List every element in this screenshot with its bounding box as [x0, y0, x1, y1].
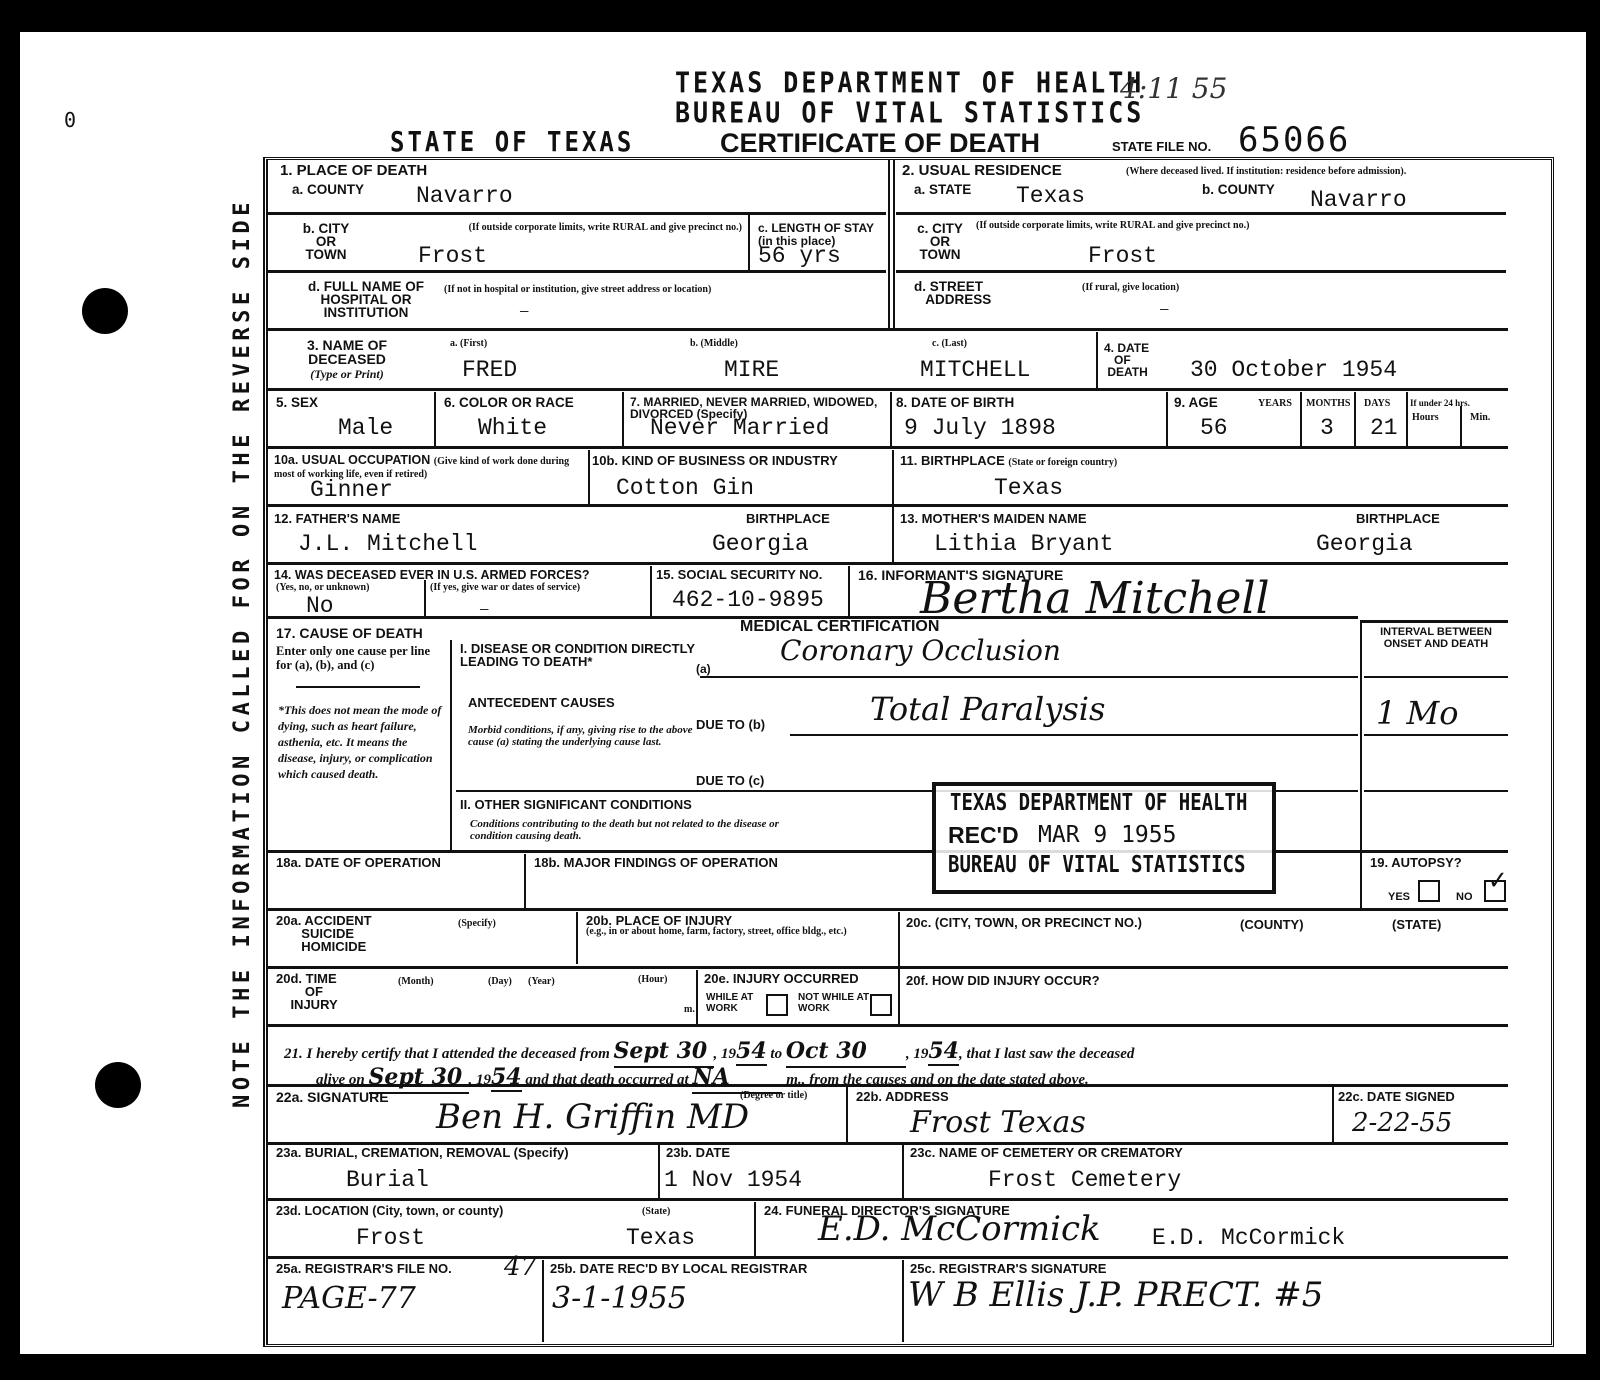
industry[interactable]: Cotton Gin [616, 476, 754, 500]
signature-label: 22a. SIGNATURE [276, 1090, 389, 1104]
date-of-death-label: 4. DATE OF DEATH [1104, 342, 1149, 378]
first-name[interactable]: FRED [462, 358, 517, 382]
interval-b[interactable]: 1 Mo [1376, 698, 1459, 728]
age-years[interactable]: 56 [1200, 416, 1228, 440]
residence-note: (Where deceased lived. If institution: r… [1126, 166, 1486, 177]
certificate-title: CERTIFICATE OF DEATH [720, 128, 1040, 159]
injury-time-label: 20d. TIME OF INJURY [276, 972, 338, 1011]
a-tag: (a) [696, 662, 711, 676]
injury-occurred-label: 20e. INJURY OCCURRED [704, 972, 859, 986]
marital-status[interactable]: Never Married [650, 416, 829, 440]
at-work-label: WHILE AT WORK [706, 992, 766, 1014]
state-file-number: 65066 [1238, 120, 1350, 160]
cemetery-name[interactable]: Frost Cemetery [988, 1168, 1181, 1192]
war-service[interactable]: — [480, 598, 488, 622]
place-of-death-label: 1. PLACE OF DEATH [280, 164, 427, 178]
residence-street[interactable]: — [1160, 298, 1168, 322]
month-label: (Month) [398, 976, 434, 987]
war-note: (If yes, give war or dates of service) [430, 582, 580, 593]
injury-state-label: (STATE) [1392, 918, 1441, 932]
autopsy-no-checkbox[interactable]: ✓ [1484, 880, 1506, 902]
res-city-label: c. CITYORTOWN [910, 222, 970, 261]
date-recd-label: 25b. DATE REC'D BY LOCAL REGISTRAR [550, 1262, 807, 1276]
margin-mark: 0 [64, 108, 76, 132]
min-label: Min. [1470, 412, 1490, 423]
physician-address[interactable]: Frost Texas [910, 1108, 1086, 1138]
last-name-label: c. (Last) [932, 338, 967, 349]
registrar-page[interactable]: PAGE-77 [282, 1284, 416, 1314]
year-label: (Year) [528, 976, 555, 987]
res-state-label: a. STATE [914, 183, 971, 197]
father-birthplace[interactable]: Georgia [712, 532, 809, 556]
operation-findings-label: 18b. MAJOR FINDINGS OF OPERATION [534, 856, 778, 870]
cause-of-death-label: 17. CAUSE OF DEATH [276, 626, 423, 640]
side-note: NOTE THE INFORMATION CALLED FOR ON THE R… [230, 198, 255, 1108]
state-file-label: STATE FILE NO. [1112, 140, 1211, 154]
residence-state[interactable]: Texas [1016, 184, 1085, 208]
sex-label: 5. SEX [276, 396, 318, 410]
social-security-number[interactable]: 462-10-9895 [672, 588, 824, 612]
industry-label: 10b. KIND OF BUSINESS OR INDUSTRY [592, 454, 838, 468]
registrar-signature[interactable]: W B Ellis J.P. PRECT. #5 [908, 1280, 1323, 1310]
medical-certification-title: MEDICAL CERTIFICATION [740, 620, 939, 634]
armed-forces-label: 14. WAS DECEASED EVER IN U.S. ARMED FORC… [274, 568, 590, 582]
part2-label: II. OTHER SIGNIFICANT CONDITIONS [460, 798, 692, 812]
days-label: DAYS [1364, 398, 1390, 409]
cause-note: Enter only one cause per line for (a), (… [276, 644, 444, 672]
death-county[interactable]: Navarro [416, 184, 513, 208]
autopsy-no-label: NO [1456, 890, 1473, 904]
degree-label: (Degree or title) [740, 1090, 807, 1101]
street-label: d. STREET ADDRESS [914, 280, 991, 306]
first-name-label: a. (First) [450, 338, 487, 349]
hospital-note: (If not in hospital or institution, give… [444, 284, 711, 295]
injury-type-note: (Specify) [458, 918, 496, 929]
stamp-line-1: TEXAS DEPARTMENT OF HEALTH [950, 790, 1247, 816]
injury-city-label: 20c. (CITY, TOWN, OR PRECINCT NO.) [906, 916, 1142, 930]
years-label: YEARS [1258, 398, 1292, 409]
birthplace-label: 11. BIRTHPLACE (State or foreign country… [900, 454, 1117, 468]
mother-name[interactable]: Lithia Bryant [934, 532, 1113, 556]
last-seen-year[interactable]: 54 [491, 1064, 522, 1092]
burial-location[interactable]: Frost [356, 1226, 425, 1250]
age-months[interactable]: 3 [1320, 416, 1334, 440]
middle-name[interactable]: MIRE [724, 358, 779, 382]
cause-footnote: *This does not mean the mode of dying, s… [278, 702, 448, 782]
race-label: 6. COLOR OR RACE [444, 396, 574, 410]
date-of-birth[interactable]: 9 July 1898 [904, 416, 1056, 440]
residence-city[interactable]: Frost [1088, 244, 1157, 268]
autopsy-yes-checkbox[interactable] [1418, 880, 1440, 902]
residence-county[interactable]: Navarro [1310, 188, 1407, 212]
burial-state[interactable]: Texas [626, 1226, 695, 1250]
punch-hole-top [82, 288, 128, 334]
agency-line-1: TEXAS DEPARTMENT OF HEALTH [675, 66, 1144, 99]
day-label: (Day) [488, 976, 512, 987]
usual-occupation[interactable]: Ginner [310, 478, 393, 502]
funeral-director-signature[interactable]: E.D. McCormick [818, 1214, 1101, 1244]
length-of-stay[interactable]: 56 yrs [758, 244, 841, 268]
due-to-b-label: DUE TO (b) [696, 718, 765, 732]
hours-label: Hours [1412, 412, 1439, 423]
father-birthplace-label: BIRTHPLACE [746, 512, 830, 526]
informant-signature[interactable]: Bertha Mitchell [920, 576, 1270, 622]
name-label: 3. NAME OF DECEASED(Type or Print) [282, 338, 412, 381]
mother-birthplace[interactable]: Georgia [1316, 532, 1413, 556]
res-county-label: b. COUNTY [1202, 183, 1275, 197]
cause-b[interactable]: Total Paralysis [870, 694, 1105, 724]
injury-place-note: (e.g., in or about home, farm, factory, … [586, 926, 856, 937]
part2-note: Conditions contributing to the death but… [470, 818, 790, 842]
months-label: MONTHS [1306, 398, 1350, 409]
race[interactable]: White [478, 416, 547, 440]
received-stamp: TEXAS DEPARTMENT OF HEALTH REC'D MAR 9 1… [932, 782, 1276, 894]
check-icon: ✓ [1488, 868, 1508, 894]
part1-label: I. DISEASE OR CONDITION DIRECTLY LEADING… [460, 642, 700, 668]
middle-name-label: b. (Middle) [690, 338, 738, 349]
punch-hole-bottom [95, 1062, 141, 1108]
hospital-label: d. FULL NAME OF HOSPITAL OR INSTITUTION [296, 280, 436, 319]
city-label: b. CITYORTOWN [296, 222, 356, 261]
not-at-work-label: NOT WHILE AT WORK [798, 992, 870, 1014]
interval-label: INTERVAL BETWEEN ONSET AND DEATH [1368, 626, 1504, 650]
how-injury-label: 20f. HOW DID INJURY OCCUR? [906, 974, 1100, 988]
burial-date-label: 23b. DATE [666, 1146, 730, 1160]
armed-note: (Yes, no, or unknown) [276, 582, 369, 593]
date-signed[interactable]: 2-22-55 [1352, 1108, 1452, 1138]
under-24-label: If under 24 hrs. [1410, 398, 1470, 409]
burial-type[interactable]: Burial [346, 1168, 429, 1192]
registrar-sig-label: 25c. REGISTRAR'S SIGNATURE [910, 1262, 1106, 1276]
street-note: (If rural, give location) [1082, 282, 1179, 293]
operation-date-label: 18a. DATE OF OPERATION [276, 856, 441, 870]
hour-label: (Hour) [638, 974, 667, 985]
city-note: (If outside corporate limits, write RURA… [366, 222, 742, 233]
autopsy-yes-label: YES [1388, 890, 1410, 904]
armed-forces[interactable]: No [306, 594, 334, 618]
ssn-label: 15. SOCIAL SECURITY NO. [656, 568, 822, 582]
registrar-file-label: 25a. REGISTRAR'S FILE NO. [276, 1262, 452, 1276]
autopsy-label: 19. AUTOPSY? [1370, 856, 1462, 870]
antecedent-note: Morbid conditions, if any, giving rise t… [468, 724, 694, 748]
due-to-c-label: DUE TO (c) [696, 774, 764, 788]
res-city-note: (If outside corporate limits, write RURA… [976, 220, 1249, 231]
county-label: a. COUNTY [292, 183, 364, 197]
antecedent-label: ANTECEDENT CAUSES [468, 696, 615, 710]
burial-date[interactable]: 1 Nov 1954 [664, 1168, 802, 1192]
stamp-date: MAR 9 1955 [1038, 822, 1176, 848]
certify-line-2: alive on Sept 30, 1954 and that death oc… [316, 1062, 1089, 1094]
address-label: 22b. ADDRESS [856, 1090, 949, 1104]
date-signed-label: 22c. DATE SIGNED [1338, 1090, 1455, 1104]
physician-signature[interactable]: Ben H. Griffin MD [436, 1102, 749, 1132]
father-name[interactable]: J.L. Mitchell [298, 532, 477, 556]
stamp-recd: REC'D [948, 822, 1019, 849]
location-state-label: (State) [642, 1206, 670, 1217]
location-label: 23d. LOCATION (City, town, or county) [276, 1204, 503, 1218]
date-recd-local[interactable]: 3-1-1955 [552, 1284, 687, 1314]
mother-birthplace-label: BIRTHPLACE [1356, 512, 1440, 526]
injury-type-label: 20a. ACCIDENT SUICIDE HOMICIDE [276, 914, 372, 953]
injury-county-label: (COUNTY) [1240, 918, 1304, 932]
mother-label: 13. MOTHER'S MAIDEN NAME [900, 512, 1087, 526]
last-name[interactable]: MITCHELL [920, 358, 1030, 382]
father-label: 12. FATHER'S NAME [274, 512, 400, 526]
stamp-line-3: BUREAU OF VITAL STATISTICS [948, 852, 1245, 878]
birthplace[interactable]: Texas [994, 476, 1063, 500]
residence-label: 2. USUAL RESIDENCE [902, 164, 1062, 178]
m-label: m. [684, 1004, 695, 1015]
handwritten-top: 4:11 55 [1120, 72, 1227, 105]
cause-a[interactable]: Coronary Occlusion [780, 636, 1061, 666]
at-work-checkbox[interactable] [766, 994, 788, 1016]
burial-type-label: 23a. BURIAL, CREMATION, REMOVAL (Specify… [276, 1146, 569, 1160]
dob-label: 8. DATE OF BIRTH [896, 396, 1014, 410]
date-of-death[interactable]: 30 October 1954 [1190, 358, 1397, 382]
not-at-work-checkbox[interactable] [870, 994, 892, 1016]
hospital-name[interactable]: — [520, 300, 528, 324]
agency-line-2: BUREAU OF VITAL STATISTICS [675, 96, 1144, 129]
cemetery-label: 23c. NAME OF CEMETERY OR CREMATORY [910, 1146, 1183, 1160]
state-title: STATE OF TEXAS [390, 126, 634, 158]
sex[interactable]: Male [338, 416, 393, 440]
funeral-director-name[interactable]: E.D. McCormick [1152, 1226, 1345, 1250]
registrar-file-number[interactable]: 47 [504, 1252, 537, 1282]
age-label: 9. AGE [1174, 396, 1218, 410]
death-city[interactable]: Frost [418, 244, 487, 268]
age-days[interactable]: 21 [1370, 416, 1398, 440]
